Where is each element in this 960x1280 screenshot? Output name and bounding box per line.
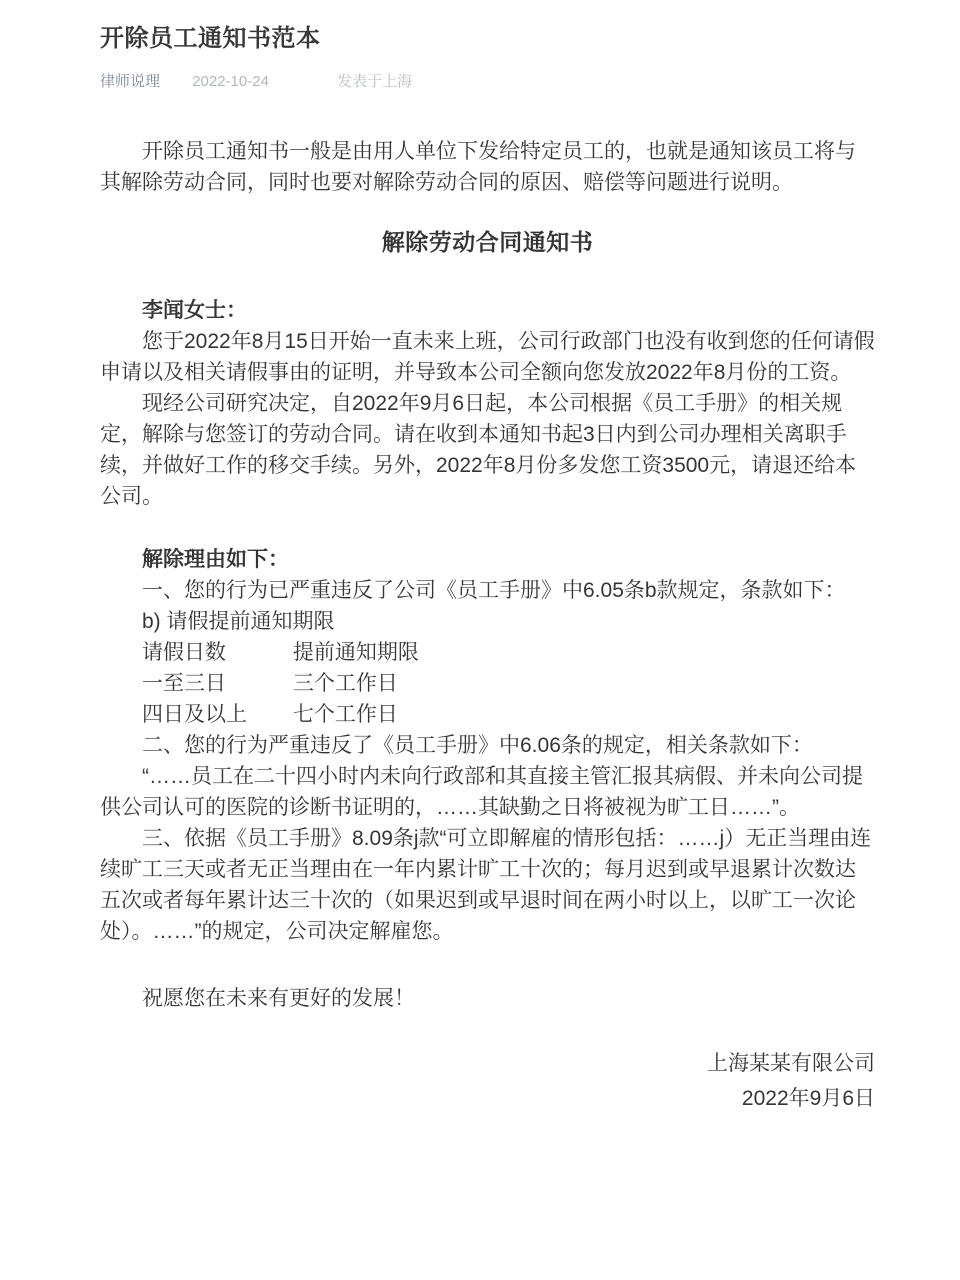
notice-title: 解除劳动合同通知书 — [100, 226, 875, 259]
article-body: 开除员工通知书一般是由用人单位下发给特定员工的，也就是通知该员工将与其解除劳动合… — [100, 136, 875, 1116]
wish-paragraph: 祝愿您在未来有更好的发展！ — [100, 983, 875, 1014]
salutation: 李闻女士： — [100, 295, 875, 326]
author-link[interactable]: 律师说理 — [100, 73, 160, 90]
signature-block: 上海某某有限公司 2022年9月6日 — [100, 1046, 875, 1116]
table-cell-period: 七个工作日 — [293, 703, 398, 726]
intro-paragraph: 开除员工通知书一般是由用人单位下发给特定员工的，也就是通知该员工将与其解除劳动合… — [100, 136, 875, 198]
clause-b: b) 请假提前通知期限 — [100, 606, 875, 637]
publish-location: 发表于上海 — [337, 73, 412, 90]
publish-date: 2022-10-24 — [192, 73, 269, 90]
table-row: 四日及以上 七个工作日 — [142, 699, 875, 730]
table-cell-period: 三个工作日 — [293, 672, 398, 695]
leave-notice-table: 请假日数 提前通知期限 一至三日 三个工作日 四日及以上 七个工作日 — [100, 637, 875, 730]
signature-date: 2022年9月6日 — [100, 1081, 875, 1116]
absence-paragraph: 您于2022年8月15日开始一直未来上班，公司行政部门也没有收到您的任何请假申请… — [100, 326, 875, 388]
page-title: 开除员工通知书范本 — [100, 22, 875, 56]
table-header-row: 请假日数 提前通知期限 — [142, 637, 875, 668]
decision-paragraph: 现经公司研究决定，自2022年9月6日起，本公司根据《员工手册》的相关规定，解除… — [100, 388, 875, 512]
reason-1: 一、您的行为已严重违反了公司《员工手册》中6.05条b款规定，条款如下： — [100, 575, 875, 606]
article-meta: 律师说理 2022-10-24 发表于上海 — [100, 72, 875, 92]
table-header-notice-period: 提前通知期限 — [293, 641, 419, 664]
table-header-leave-days: 请假日数 — [142, 637, 287, 668]
table-cell-days: 一至三日 — [142, 668, 287, 699]
table-cell-days: 四日及以上 — [142, 699, 287, 730]
reason-2: 二、您的行为严重违反了《员工手册》中6.06条的规定，相关条款如下： — [100, 730, 875, 761]
handbook-quote: “……员工在二十四小时内未向行政部和其直接主管汇报其病假、并未向公司提供公司认可… — [100, 761, 875, 823]
table-row: 一至三日 三个工作日 — [142, 668, 875, 699]
article-page: 开除员工通知书范本 律师说理 2022-10-24 发表于上海 开除员工通知书一… — [0, 0, 960, 1280]
reasons-heading: 解除理由如下： — [100, 544, 875, 575]
reason-3: 三、依据《员工手册》8.09条j款“可立即解雇的情形包括：……j）无正当理由连续… — [100, 823, 875, 947]
signature-company: 上海某某有限公司 — [100, 1046, 875, 1081]
